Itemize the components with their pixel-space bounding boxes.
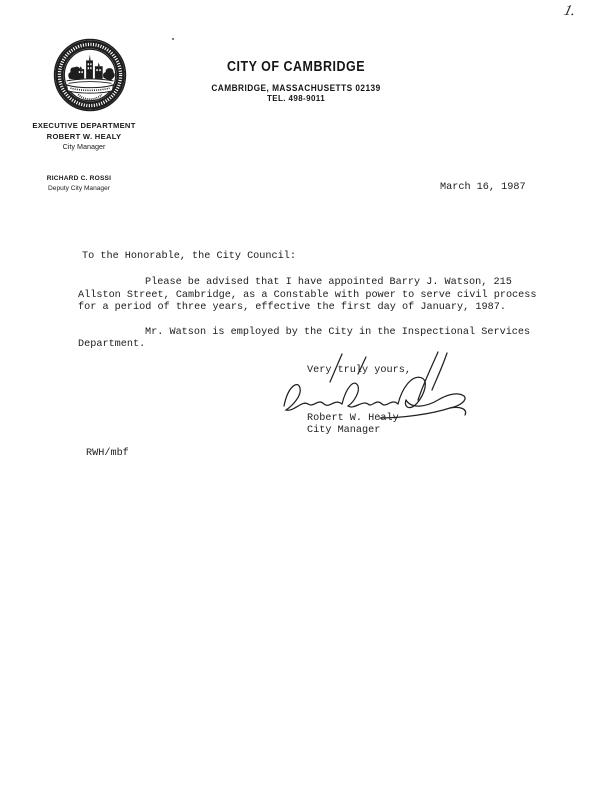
city-manager-title: City Manager xyxy=(63,142,106,151)
letter-body-line: Mr. Watson is employed by the City in th… xyxy=(78,327,530,339)
letter-body-line: Please be advised that I have appointed … xyxy=(78,277,512,289)
letter-salutation: To the Honorable, the City Council: xyxy=(82,251,296,263)
letter-body-line: for a period of three years, effective t… xyxy=(78,302,506,314)
deputy-manager-name: RICHARD C. ROSSI xyxy=(47,175,111,182)
city-of-cambridge-seal-icon xyxy=(52,37,128,113)
letter-body-line: Allston Street, Cambridge, as a Constabl… xyxy=(78,290,537,302)
letter-closing: Very truly yours, xyxy=(307,365,411,377)
letter-body-line: Department. xyxy=(78,339,145,351)
reference-initials: RWH/mbf xyxy=(86,448,129,460)
city-manager-name: ROBERT W. HEALY xyxy=(47,132,122,141)
letterhead-city-title: CITY OF CAMBRIDGE xyxy=(227,59,365,75)
handwritten-page-mark: 1. xyxy=(562,3,577,20)
signer-title: City Manager xyxy=(307,425,380,437)
letterhead-address: CAMBRIDGE, MASSACHUSETTS 02139 xyxy=(211,83,380,93)
letter-page: 1. xyxy=(0,0,592,800)
letterhead-phone: TEL. 498-9011 xyxy=(267,94,325,103)
letter-date: March 16, 1987 xyxy=(440,182,526,194)
scan-artifact-dot xyxy=(172,38,174,40)
deputy-manager-title: Deputy City Manager xyxy=(48,185,110,192)
executive-department-label: EXECUTIVE DEPARTMENT xyxy=(32,121,135,130)
